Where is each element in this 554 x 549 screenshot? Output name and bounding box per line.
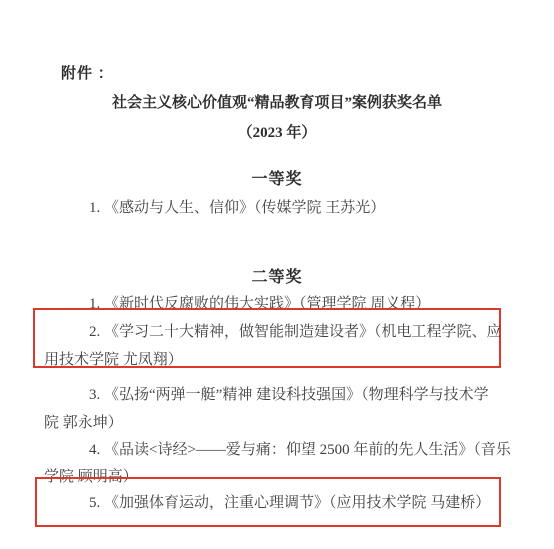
award-item-second-prize-3-line1: 3. 《弘扬“两弹一艇”精神 建设科技强国》（物理科学与技术学 [89,383,489,404]
document-page: 附件 ： 社会主义核心价值观“精品教育项目”案例获奖名单 （2023 年） 一等… [0,0,554,549]
attachment-label: 附件 ： [61,62,114,83]
award-item-second-prize-2-line1: 2. 《学习二十大精神，做智能制造建设者》（机电工程学院、应 [89,320,502,341]
award-item-second-prize-3-line2: 院 郭永坤） [44,411,123,432]
section-heading-second-prize: 二等奖 [0,264,554,287]
award-item-second-prize-4-line1: 4. 《品读<诗经>——爱与痛：仰望 2500 年前的先人生活》（音乐 [89,438,511,459]
award-item-first-prize-1: 1. 《感动与人生、信仰》（传媒学院 王苏光） [89,196,385,217]
document-title: 社会主义核心价值观“精品教育项目”案例获奖名单 [0,91,554,112]
award-item-second-prize-5: 5. 《加强体育运动，注重心理调节》（应用技术学院 马建桥） [89,491,490,512]
section-heading-first-prize: 一等奖 [0,166,554,189]
award-item-second-prize-2-line2: 用技术学院 尤凤翔） [44,348,183,369]
document-year: （2023 年） [0,121,554,142]
